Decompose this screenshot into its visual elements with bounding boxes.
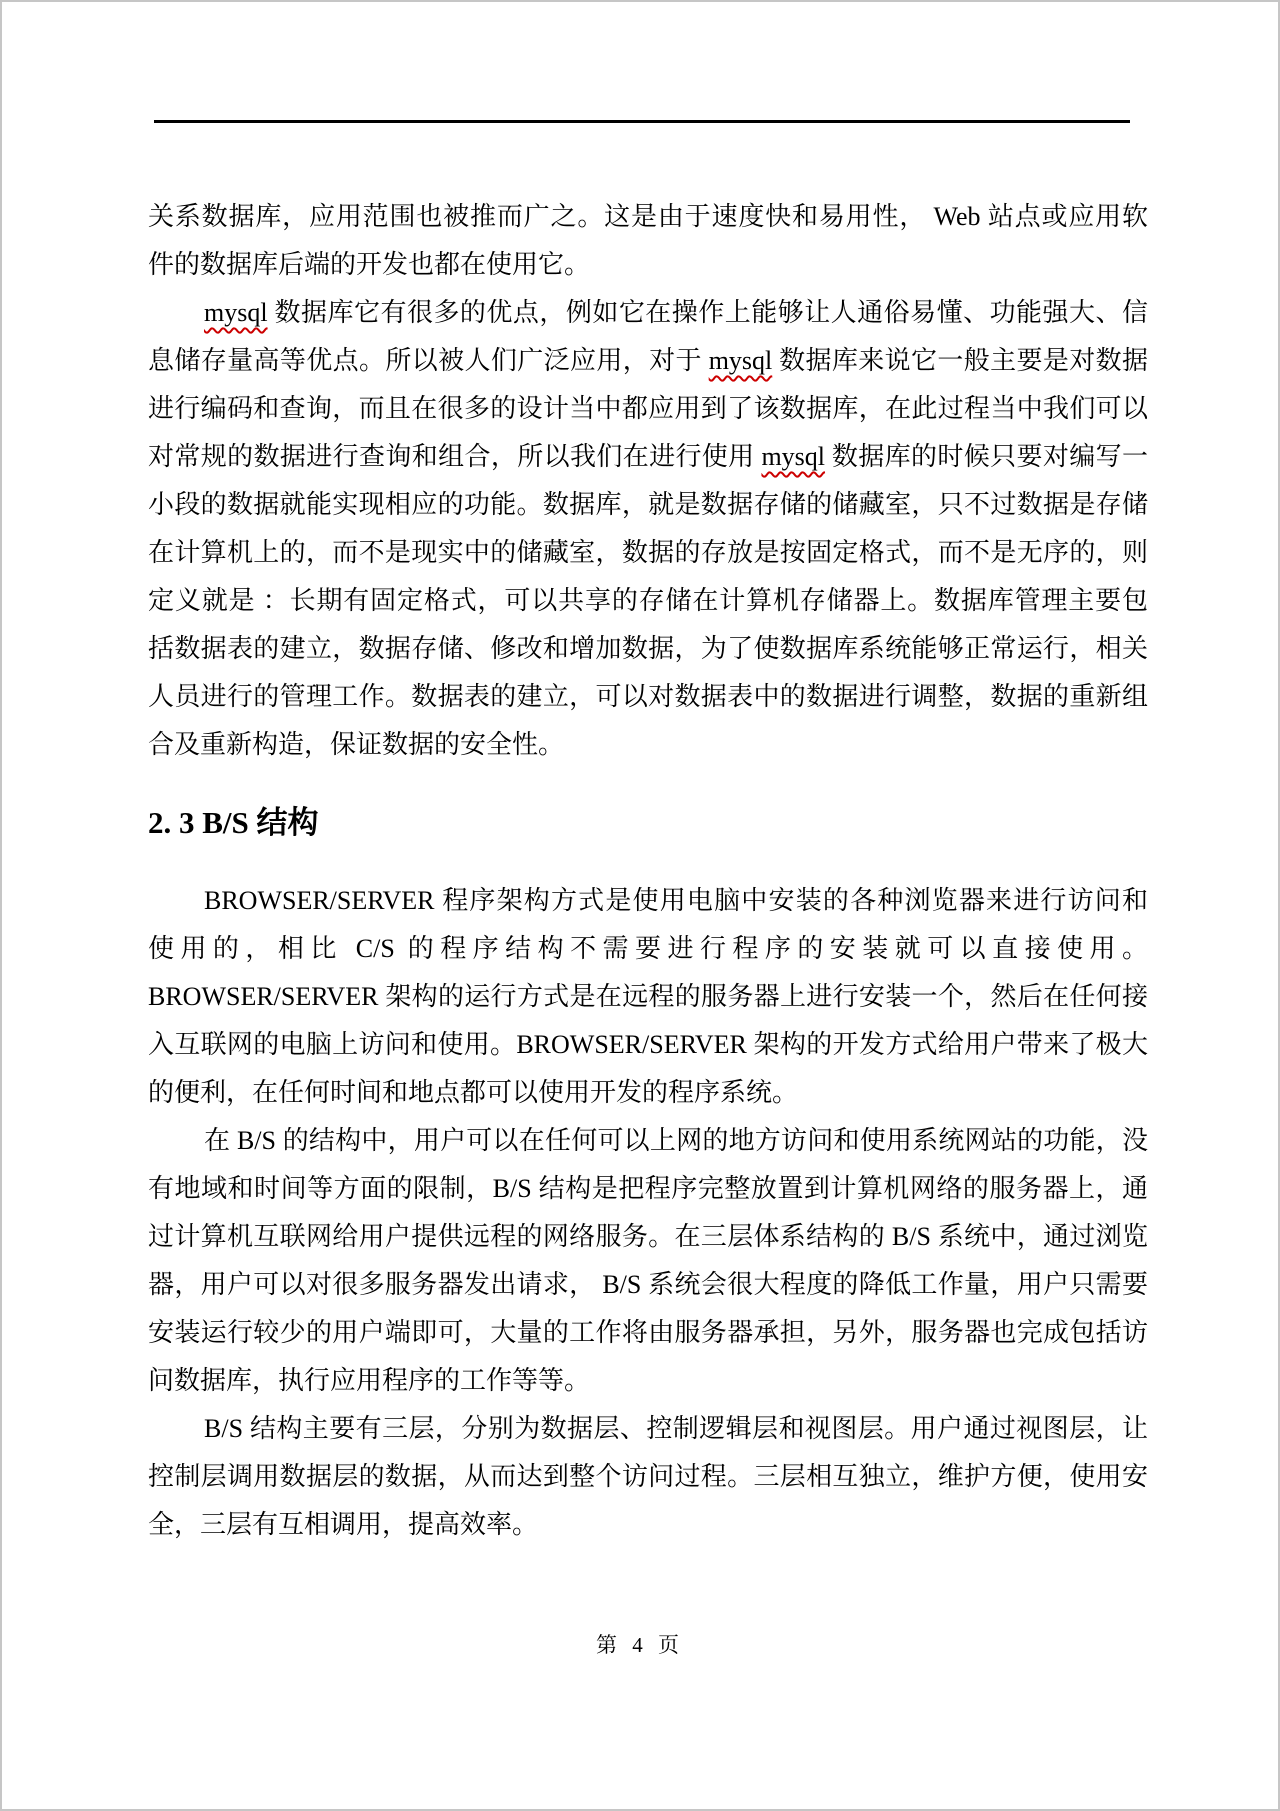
text-line: 合及重新构造，保证数据的安全性。 [148, 721, 1148, 769]
text-line: 过计算机互联网给用户提供远程的网络服务。在三层体系结构的 B/S 系统中，通过浏… [148, 1213, 1148, 1261]
paragraph: mysql 数据库它有很多的优点，例如它在操作上能够让人通俗易懂、功能强大、信息… [148, 289, 1148, 769]
spellcheck-flagged-word: mysql [709, 346, 773, 375]
text-line: 有地域和时间等方面的限制，B/S 结构是把程序完整放置到计算机网络的服务器上，通 [148, 1165, 1148, 1213]
text-line: 对常规的数据进行查询和组合，所以我们在进行使用 mysql 数据库的时候只要对编… [148, 433, 1148, 481]
text-line: 问数据库，执行应用程序的工作等等。 [148, 1357, 1148, 1405]
text-line: 小段的数据就能实现相应的功能。数据库，就是数据存储的储藏室，只不过数据是存储 [148, 481, 1148, 529]
text-line: 定义就是 ：长期有固定格式，可以共享的存储在计算机存储器上。数据库管理主要包 [148, 577, 1148, 625]
paragraph: B/S 结构主要有三层，分别为数据层、控制逻辑层和视图层。用户通过视图层，让控制… [148, 1405, 1148, 1549]
text-line: BROWSER/SERVER 架构的运行方式是在远程的服务器上进行安装一个，然后… [148, 973, 1148, 1021]
paragraph: BROWSER/SERVER 程序架构方式是使用电脑中安装的各种浏览器来进行访问… [148, 877, 1148, 1117]
text-line: 入互联网的电脑上访问和使用。BROWSER/SERVER 架构的开发方式给用户带… [148, 1021, 1148, 1069]
text-line: 的便利，在任何时间和地点都可以使用开发的程序系统。 [148, 1069, 1148, 1117]
text-line: mysql 数据库它有很多的优点，例如它在操作上能够让人通俗易懂、功能强大、信 [148, 289, 1148, 337]
text-line: B/S 结构主要有三层，分别为数据层、控制逻辑层和视图层。用户通过视图层，让 [148, 1405, 1148, 1453]
text-line: 在 B/S 的结构中，用户可以在任何可以上网的地方访问和使用系统网站的功能，没 [148, 1117, 1148, 1165]
paragraph: 在 B/S 的结构中，用户可以在任何可以上网的地方访问和使用系统网站的功能，没有… [148, 1117, 1148, 1405]
text-line: 使用的，相比 C/S 的程序结构不需要进行程序的安装就可以直接使用。 [148, 925, 1148, 973]
page-footer: 第 4 页 [2, 1630, 1278, 1660]
document-content: 关系数据库，应用范围也被推而广之。这是由于速度快和易用性， Web 站点或应用软… [148, 193, 1148, 1549]
text-line: 关系数据库，应用范围也被推而广之。这是由于速度快和易用性， Web 站点或应用软 [148, 193, 1148, 241]
text-line: 安装运行较少的用户端即可，大量的工作将由服务器承担，另外，服务器也完成包括访 [148, 1309, 1148, 1357]
spellcheck-flagged-word: mysql [761, 442, 825, 471]
header-rule [154, 120, 1130, 123]
text-line: 器，用户可以对很多服务器发出请求， B/S 系统会很大程度的降低工作量，用户只需… [148, 1261, 1148, 1309]
page-number: 第 4 页 [596, 1633, 684, 1657]
document-page: 关系数据库，应用范围也被推而广之。这是由于速度快和易用性， Web 站点或应用软… [0, 0, 1280, 1811]
text-line: BROWSER/SERVER 程序架构方式是使用电脑中安装的各种浏览器来进行访问… [148, 877, 1148, 925]
paragraph: 关系数据库，应用范围也被推而广之。这是由于速度快和易用性， Web 站点或应用软… [148, 193, 1148, 289]
text-line: 息储存量高等优点。所以被人们广泛应用，对于 mysql 数据库来说它一般主要是对… [148, 337, 1148, 385]
section-heading: 2. 3 B/S 结构 [148, 799, 1148, 847]
text-line: 进行编码和查询，而且在很多的设计当中都应用到了该数据库，在此过程当中我们可以 [148, 385, 1148, 433]
text-line: 括数据表的建立，数据存储、修改和增加数据，为了使数据库系统能够正常运行，相关 [148, 625, 1148, 673]
text-line: 件的数据库后端的开发也都在使用它。 [148, 241, 1148, 289]
text-line: 人员进行的管理工作。数据表的建立，可以对数据表中的数据进行调整，数据的重新组 [148, 673, 1148, 721]
text-line: 在计算机上的，而不是现实中的储藏室，数据的存放是按固定格式，而不是无序的，则 [148, 529, 1148, 577]
text-line: 全，三层有互相调用，提高效率。 [148, 1501, 1148, 1549]
spellcheck-flagged-word: mysql [204, 298, 268, 327]
text-line: 控制层调用数据层的数据，从而达到整个访问过程。三层相互独立，维护方便，使用安 [148, 1453, 1148, 1501]
